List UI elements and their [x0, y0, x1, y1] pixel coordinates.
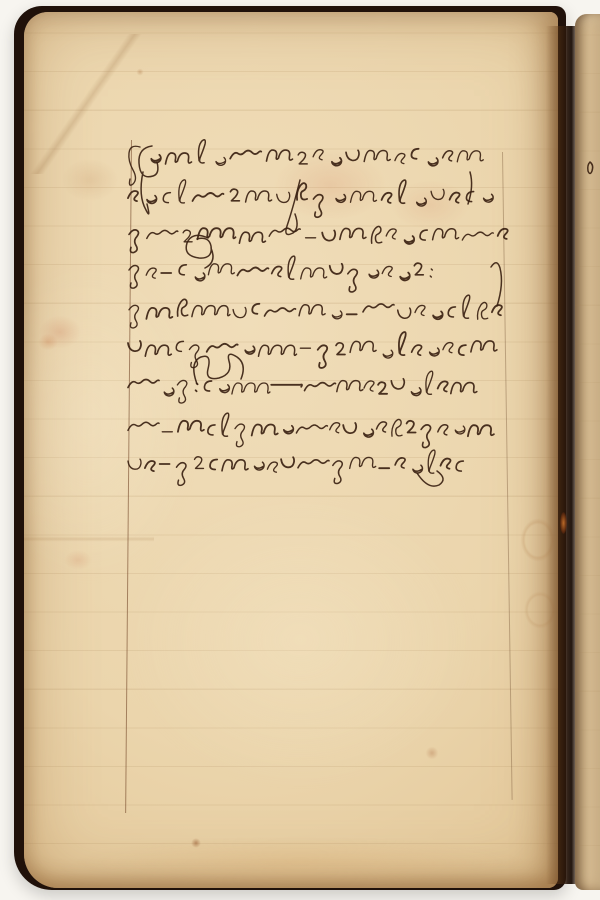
manuscript-page — [24, 12, 558, 888]
paper-crease-top-left — [16, 34, 156, 174]
facing-page-ruled-lines — [575, 14, 600, 890]
binding-gutter-shadow — [546, 26, 576, 884]
facing-page-edge — [575, 14, 600, 890]
gutter-stain-spot — [560, 512, 567, 534]
paper-crease-left — [24, 517, 154, 561]
manuscript-scan — [0, 0, 600, 900]
